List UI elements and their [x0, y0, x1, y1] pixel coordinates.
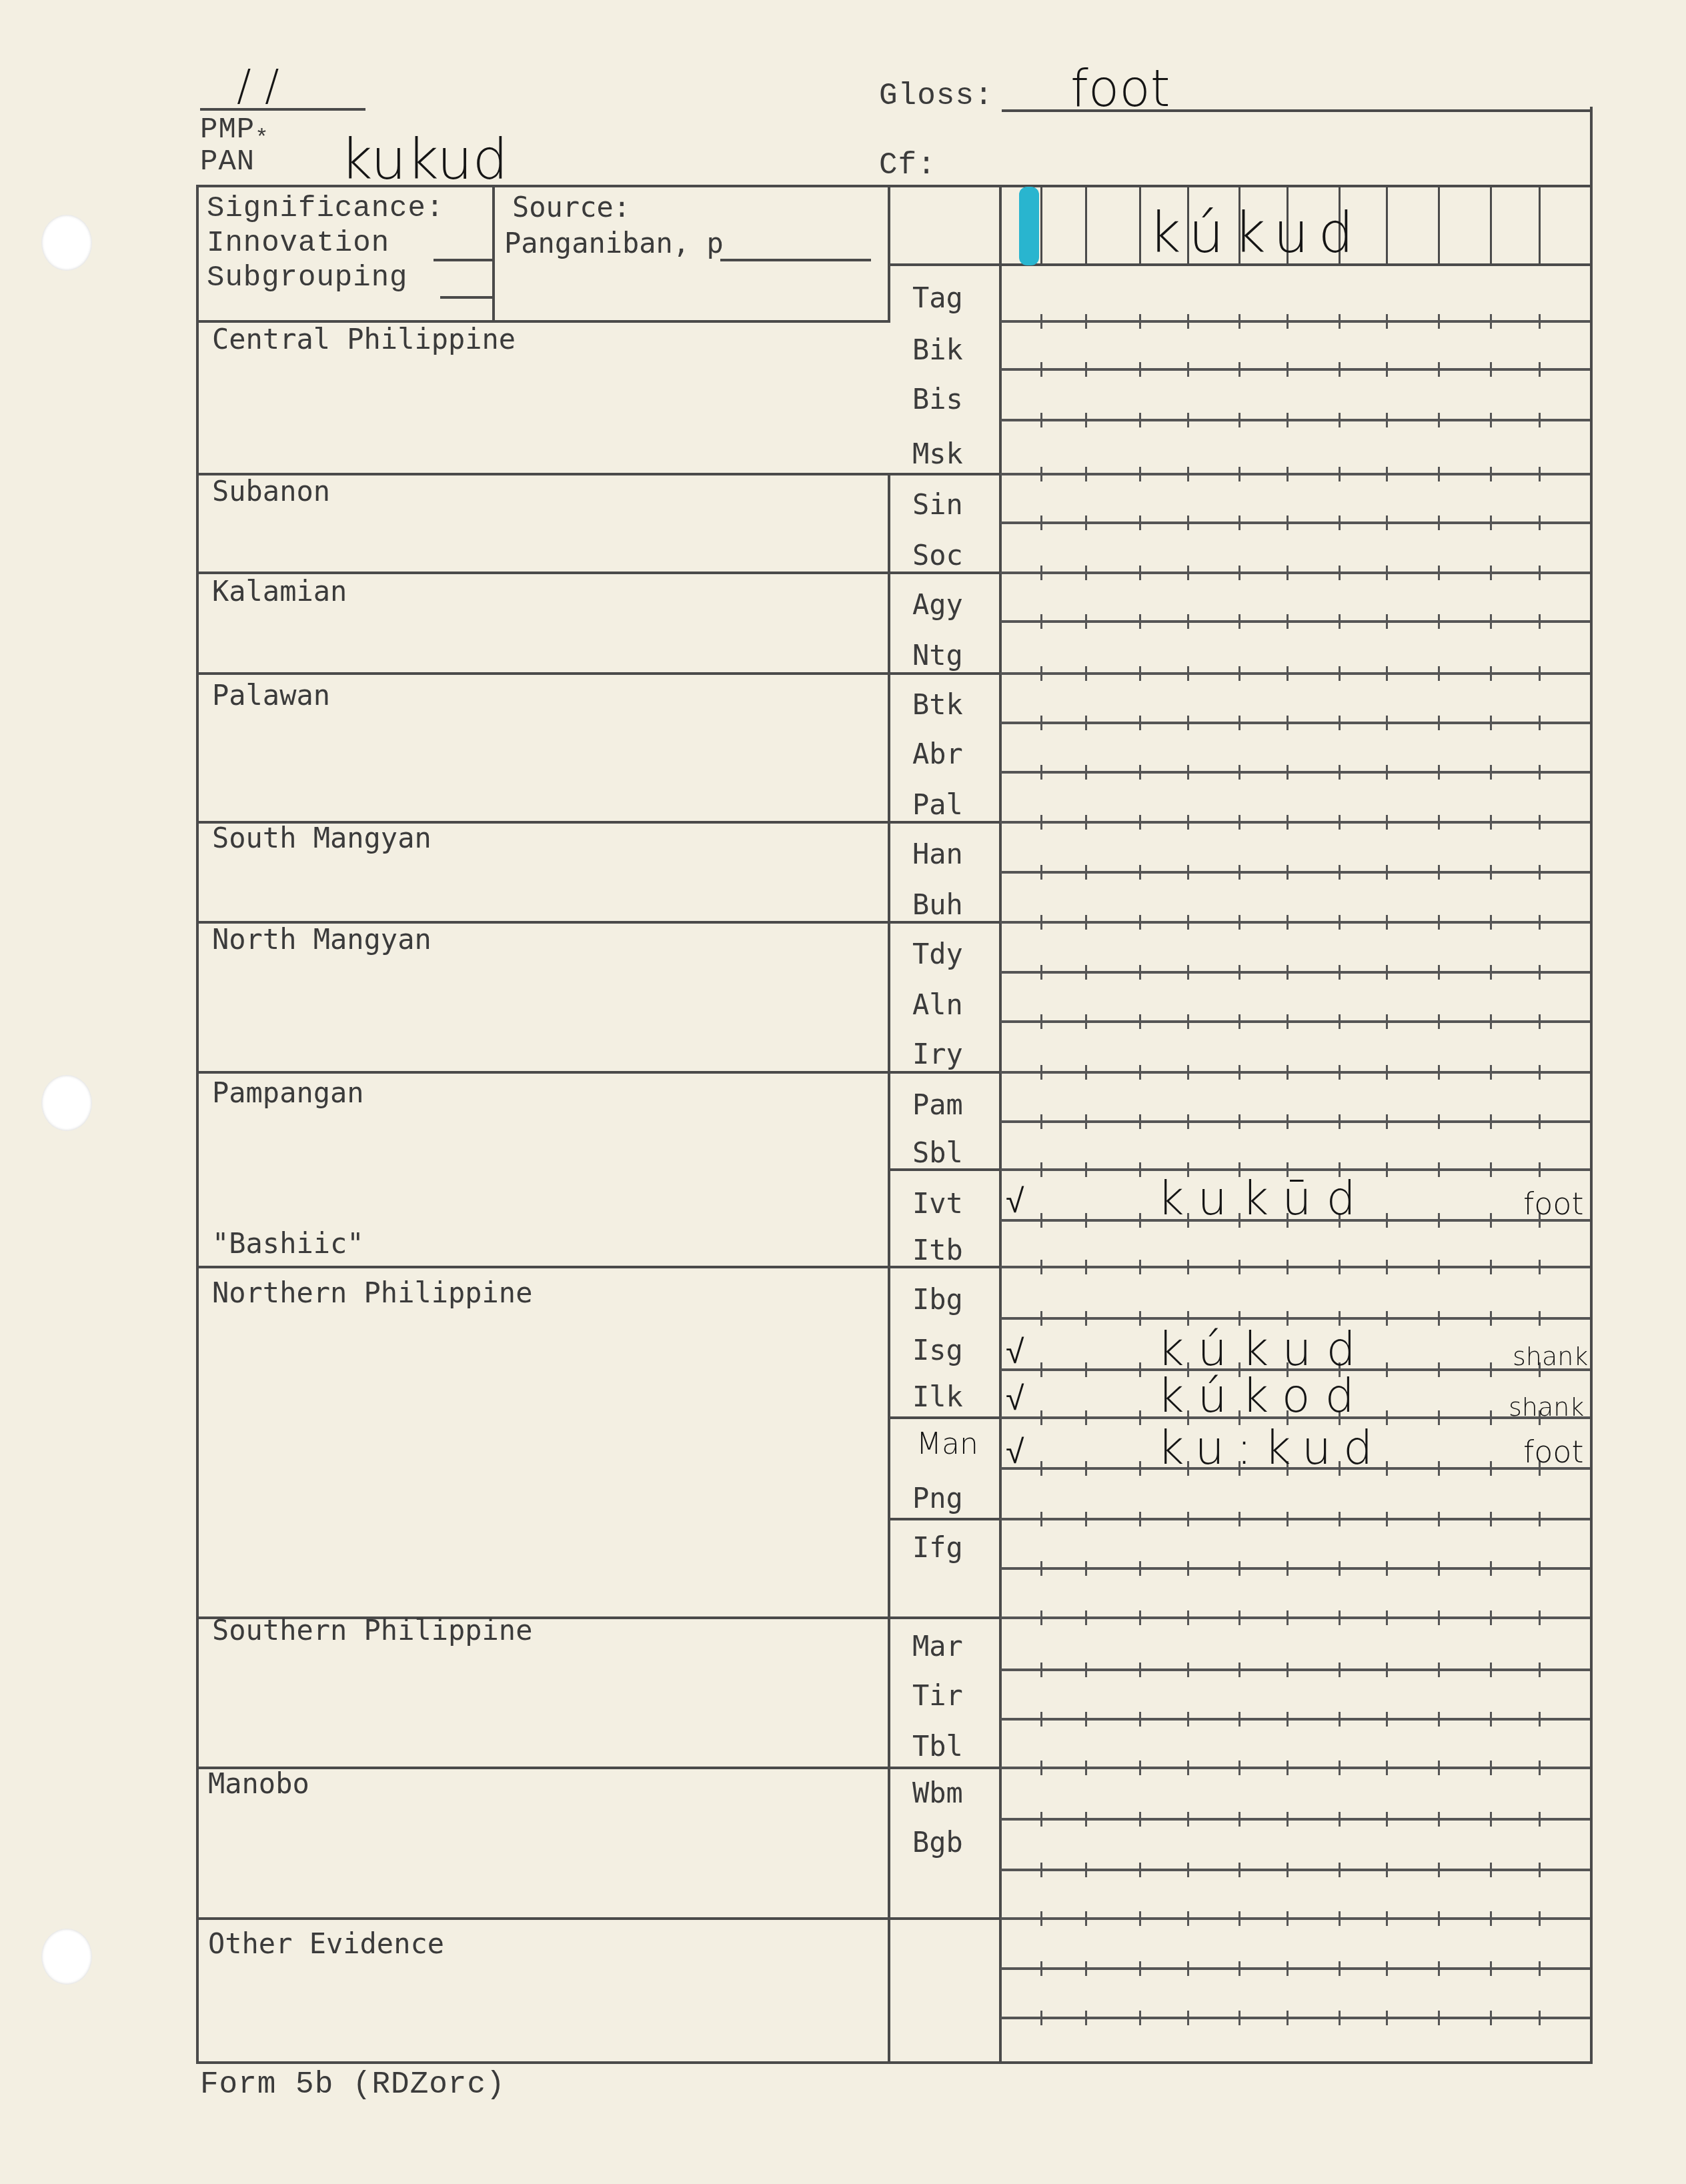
tick-mark	[1139, 1260, 1141, 1274]
code-itb: Itb	[912, 1234, 963, 1266]
tick-mark	[1386, 915, 1388, 930]
tick-mark	[1040, 566, 1042, 580]
tick-mark	[1187, 1911, 1189, 1926]
tick-mark	[1287, 1911, 1289, 1926]
tick-mark	[1490, 413, 1492, 427]
tick-mark	[1490, 1512, 1492, 1526]
code-bik: Bik	[912, 333, 963, 366]
ruled-line	[1000, 1266, 1590, 1268]
code-ivt: Ivt	[912, 1187, 963, 1220]
code-aln: Aln	[912, 988, 963, 1021]
cf-cell-divider	[1490, 185, 1492, 263]
tick-mark	[1438, 1162, 1440, 1177]
tick-mark	[1438, 1512, 1440, 1526]
tick-mark	[1490, 1663, 1492, 1677]
tick-mark	[1386, 965, 1388, 980]
tick-mark	[1040, 1114, 1042, 1129]
tick-mark	[1040, 1663, 1042, 1677]
entry-ilk-form: kúkod	[1157, 1368, 1369, 1423]
ruled-line	[1000, 771, 1590, 774]
ruled-line	[1000, 921, 1590, 924]
info-box-divider	[492, 185, 495, 321]
tick-mark	[1490, 1014, 1492, 1029]
tick-mark	[1040, 515, 1042, 530]
tick-mark	[1085, 1362, 1087, 1377]
tick-mark	[1386, 1461, 1388, 1476]
tick-mark	[1386, 765, 1388, 780]
pan-label: PAN	[200, 145, 255, 179]
code-column-right	[999, 185, 1002, 2063]
tick-mark	[1139, 1461, 1141, 1476]
tick-mark	[1085, 1014, 1087, 1029]
protoform: kukud	[340, 127, 508, 192]
tick-mark	[1339, 1911, 1341, 1926]
group-other-evidence: Other Evidence	[208, 1927, 444, 1960]
code-man: Man	[916, 1427, 978, 1461]
tick-mark	[1287, 1961, 1289, 1976]
group-south-mangyan: South Mangyan	[212, 822, 432, 854]
tick-mark	[1187, 566, 1189, 580]
tick-mark	[1085, 362, 1087, 377]
tick-mark	[1238, 1561, 1240, 1576]
group-divider-palawan	[196, 672, 1002, 675]
tick-mark	[1139, 1065, 1141, 1080]
tick-mark	[1386, 1260, 1388, 1274]
gloss-label: Gloss:	[879, 79, 994, 113]
right-border	[1590, 185, 1593, 2063]
tick-mark	[1287, 1114, 1289, 1129]
tick-mark	[1139, 1213, 1141, 1228]
tick-mark	[1085, 1911, 1087, 1926]
tick-mark	[1386, 1863, 1388, 1877]
tick-mark	[1040, 1014, 1042, 1029]
code-ibg: Ibg	[912, 1283, 963, 1316]
entry-ilk-check: √	[1006, 1379, 1024, 1418]
tick-mark	[1438, 666, 1440, 681]
cf-cell-divider	[1386, 185, 1388, 263]
tick-mark	[1539, 1014, 1541, 1029]
tick-mark	[1085, 765, 1087, 780]
group-divider-kalamian	[196, 572, 1002, 574]
ruled-line	[1000, 473, 1590, 475]
tick-mark	[1287, 314, 1289, 329]
tick-mark	[1539, 666, 1541, 681]
tick-mark	[1438, 1761, 1440, 1775]
ruled-line	[1000, 1567, 1590, 1570]
tick-mark	[1085, 1162, 1087, 1177]
tick-mark	[1139, 716, 1141, 730]
tick-mark	[1490, 765, 1492, 780]
tick-mark	[1490, 362, 1492, 377]
significance-label: Significance:	[207, 192, 444, 225]
subgrouping-label: Subgrouping	[207, 261, 407, 295]
tick-mark	[1040, 1162, 1042, 1177]
tick-mark	[1238, 965, 1240, 980]
code-tbl: Tbl	[912, 1730, 963, 1763]
tick-mark	[1085, 865, 1087, 880]
asterisk: *	[255, 126, 269, 151]
tick-mark	[1085, 1213, 1087, 1228]
tick-mark	[1238, 467, 1240, 481]
tick-mark	[1187, 716, 1189, 730]
code-ntg: Ntg	[912, 639, 963, 672]
tick-mark	[1438, 1961, 1440, 1976]
ruled-line	[1000, 419, 1590, 421]
tick-mark	[1490, 1561, 1492, 1576]
tick-mark	[1287, 716, 1289, 730]
source-value: Panganiban, p	[504, 227, 724, 259]
tick-mark	[1386, 1410, 1388, 1425]
tick-mark	[1187, 915, 1189, 930]
tick-mark	[1386, 1114, 1388, 1129]
ruled-line	[1000, 1317, 1590, 1320]
tick-mark	[1386, 1213, 1388, 1228]
tick-mark	[1187, 1812, 1189, 1827]
tick-mark	[1438, 413, 1440, 427]
tick-mark	[1339, 467, 1341, 481]
tick-mark	[1085, 915, 1087, 930]
tick-mark	[1490, 965, 1492, 980]
ruled-line	[1000, 1767, 1590, 1769]
code-tir: Tir	[912, 1679, 963, 1712]
ruled-line	[1000, 821, 1590, 824]
tick-mark	[1187, 1610, 1189, 1625]
tick-mark	[1238, 1863, 1240, 1877]
tick-mark	[1339, 1812, 1341, 1827]
tick-mark	[1339, 1961, 1341, 1976]
tick-mark	[1238, 1114, 1240, 1129]
innovation-blank[interactable]	[434, 259, 492, 261]
tick-mark	[1490, 1461, 1492, 1476]
tick-mark	[1139, 965, 1141, 980]
tick-mark	[1238, 1610, 1240, 1625]
tick-mark	[1040, 965, 1042, 980]
ruled-line	[1000, 572, 1590, 574]
tick-mark	[1438, 566, 1440, 580]
code-iry: Iry	[912, 1038, 963, 1070]
tick-mark	[1040, 1610, 1042, 1625]
tick-mark	[1187, 1065, 1189, 1080]
tick-mark	[1085, 965, 1087, 980]
code-han: Han	[912, 838, 963, 870]
tick-mark	[1040, 467, 1042, 481]
tick-mark	[1386, 1512, 1388, 1526]
tick-mark	[1287, 413, 1289, 427]
tick-mark	[1386, 1610, 1388, 1625]
subgrouping-blank[interactable]	[440, 296, 492, 299]
tick-mark	[1139, 1162, 1141, 1177]
tick-mark	[1287, 1812, 1289, 1827]
tick-mark	[1438, 865, 1440, 880]
cf-cell-divider	[1539, 185, 1541, 263]
tick-mark	[1339, 2011, 1341, 2025]
ruled-line	[1000, 722, 1590, 724]
tick-mark	[1386, 467, 1388, 481]
tick-mark	[1438, 515, 1440, 530]
tick-mark	[1187, 362, 1189, 377]
tick-mark	[1187, 1014, 1189, 1029]
code-msk: Msk	[912, 437, 963, 470]
tick-mark	[1339, 865, 1341, 880]
tick-mark	[1287, 614, 1289, 629]
tick-mark	[1139, 413, 1141, 427]
tick-mark	[1040, 815, 1042, 830]
source-label: Source:	[512, 191, 630, 223]
ruled-line	[1000, 1669, 1590, 1671]
code-sbl: Sbl	[912, 1136, 963, 1169]
code-tag: Tag	[912, 281, 963, 314]
tick-mark	[1438, 815, 1440, 830]
code-tdy: Tdy	[912, 938, 963, 970]
tick-mark	[1438, 1260, 1440, 1274]
tick-mark	[1539, 716, 1541, 730]
tick-mark	[1139, 1663, 1141, 1677]
tick-mark	[1139, 362, 1141, 377]
tick-mark	[1238, 614, 1240, 629]
tick-mark	[1187, 1863, 1189, 1877]
tick-mark	[1539, 1512, 1541, 1526]
code-ifg: Ifg	[912, 1531, 963, 1564]
tick-mark	[1085, 666, 1087, 681]
tick-mark	[1187, 2011, 1189, 2025]
tick-mark	[1187, 1712, 1189, 1727]
tick-mark	[1238, 1260, 1240, 1274]
tick-mark	[1040, 765, 1042, 780]
tick-mark	[1438, 1863, 1440, 1877]
tick-mark	[1386, 1311, 1388, 1326]
tick-mark	[1187, 1961, 1189, 1976]
tick-mark	[1490, 467, 1492, 481]
code-soc: Soc	[912, 539, 963, 572]
tick-mark	[1490, 1610, 1492, 1625]
group-divider-other-evidence	[196, 1917, 1002, 1920]
group-northern-philippine: Northern Philippine	[212, 1276, 532, 1309]
tick-mark	[1539, 1260, 1541, 1274]
tick-mark	[1438, 1610, 1440, 1625]
tick-mark	[1040, 1065, 1042, 1080]
tick-mark	[1139, 915, 1141, 930]
tick-mark	[1040, 1911, 1042, 1926]
code-isg: Isg	[912, 1334, 963, 1366]
tick-mark	[1040, 716, 1042, 730]
tick-mark	[1040, 1260, 1042, 1274]
tick-mark	[1490, 815, 1492, 830]
tick-mark	[1539, 1911, 1541, 1926]
tick-mark	[1287, 1712, 1289, 1727]
tick-mark	[1040, 1961, 1042, 1976]
tick-mark	[1539, 765, 1541, 780]
tick-mark	[1539, 614, 1541, 629]
tick-mark	[1085, 1663, 1087, 1677]
tick-mark	[1490, 1961, 1492, 1976]
tick-mark	[1386, 1065, 1388, 1080]
tick-mark	[1539, 1561, 1541, 1576]
tick-mark	[1339, 362, 1341, 377]
cf-cell-divider	[1040, 185, 1042, 263]
tick-mark	[1438, 314, 1440, 329]
tick-mark	[1438, 915, 1440, 930]
tick-mark	[1287, 1014, 1289, 1029]
ruled-line	[1000, 320, 1590, 323]
code-buh: Buh	[912, 888, 963, 921]
tick-mark	[1040, 362, 1042, 377]
tick-mark	[1085, 1712, 1087, 1727]
tick-mark	[1238, 413, 1240, 427]
ruled-line	[1000, 1818, 1590, 1821]
tick-mark	[1238, 1961, 1240, 1976]
tick-mark	[1040, 1761, 1042, 1775]
tick-mark	[1539, 1311, 1541, 1326]
source-page-blank[interactable]	[720, 259, 871, 261]
cf-highlight-mark	[1019, 187, 1039, 265]
tick-mark	[1085, 314, 1087, 329]
tick-mark	[1339, 1561, 1341, 1576]
tick-mark	[1490, 1410, 1492, 1425]
tick-mark	[1040, 1213, 1042, 1228]
tick-mark	[1139, 1114, 1141, 1129]
code-png: Png	[912, 1482, 963, 1514]
tick-mark	[1539, 1065, 1541, 1080]
group-pampangan: Pampangan	[212, 1076, 364, 1109]
tick-mark	[1187, 515, 1189, 530]
gloss-line	[1002, 109, 1593, 112]
tick-mark	[1339, 1065, 1341, 1080]
ruled-line	[1000, 971, 1590, 974]
code-pam: Pam	[912, 1088, 963, 1121]
form-bottom-border	[196, 2061, 1593, 2064]
group-divider-manobo	[196, 1767, 1002, 1769]
code-sin: Sin	[912, 488, 963, 521]
tick-mark	[1386, 666, 1388, 681]
group-palawan: Palawan	[212, 679, 330, 712]
tick-mark	[1085, 1461, 1087, 1476]
tick-mark	[1139, 1961, 1141, 1976]
tick-mark	[1085, 1561, 1087, 1576]
tick-mark	[1085, 1311, 1087, 1326]
tick-mark	[1287, 666, 1289, 681]
tick-mark	[1238, 716, 1240, 730]
group-divider-ifg	[888, 1518, 1002, 1520]
tick-mark	[1287, 566, 1289, 580]
tick-mark	[1339, 1663, 1341, 1677]
ruled-line	[1000, 672, 1590, 675]
tick-mark	[1287, 815, 1289, 830]
tick-mark	[1490, 1065, 1492, 1080]
tick-mark	[1339, 515, 1341, 530]
tick-mark	[1040, 666, 1042, 681]
ruled-line	[1000, 1071, 1590, 1074]
tick-mark	[1040, 1362, 1042, 1377]
tick-mark	[1386, 362, 1388, 377]
slash-marks: / /	[237, 61, 279, 111]
code-abr: Abr	[912, 738, 963, 770]
tick-mark	[1490, 1311, 1492, 1326]
tick-mark	[1438, 467, 1440, 481]
tick-mark	[1386, 865, 1388, 880]
tick-mark	[1238, 1663, 1240, 1677]
code-pal: Pal	[912, 788, 963, 821]
entry-isg-gloss: shank	[1513, 1342, 1588, 1371]
code-btk: Btk	[912, 688, 963, 721]
tick-mark	[1386, 413, 1388, 427]
tick-mark	[1539, 362, 1541, 377]
tick-mark	[1085, 515, 1087, 530]
tick-mark	[1139, 815, 1141, 830]
tick-mark	[1539, 1663, 1541, 1677]
tick-mark	[1187, 765, 1189, 780]
tick-mark	[1238, 1761, 1240, 1775]
tick-mark	[1438, 765, 1440, 780]
ruled-line	[1000, 1967, 1590, 1970]
tick-mark	[1339, 1512, 1341, 1526]
tick-mark	[1040, 1561, 1042, 1576]
tick-mark	[1386, 1961, 1388, 1976]
entry-ivt-form: kukūd	[1157, 1171, 1371, 1226]
tick-mark	[1339, 314, 1341, 329]
tick-mark	[1339, 413, 1341, 427]
tick-mark	[1438, 1014, 1440, 1029]
tick-mark	[1490, 1761, 1492, 1775]
tick-mark	[1339, 1114, 1341, 1129]
tick-mark	[1085, 413, 1087, 427]
tick-mark	[1339, 1712, 1341, 1727]
tick-mark	[1438, 1362, 1440, 1377]
tick-mark	[1287, 467, 1289, 481]
tick-mark	[1438, 965, 1440, 980]
tick-mark	[1438, 1410, 1440, 1425]
tick-mark	[1490, 915, 1492, 930]
tick-mark	[1386, 716, 1388, 730]
info-box-top	[196, 185, 1593, 187]
tick-mark	[1438, 1712, 1440, 1727]
tick-mark	[1386, 614, 1388, 629]
tick-mark	[1287, 362, 1289, 377]
tick-mark	[1085, 467, 1087, 481]
tick-mark	[1085, 1512, 1087, 1526]
tick-mark	[1085, 1065, 1087, 1080]
tick-mark	[1187, 1260, 1189, 1274]
tick-mark	[1085, 2011, 1087, 2025]
cf-cell-divider	[1139, 185, 1141, 263]
group-southern-philippine: Southern Philippine	[212, 1614, 532, 1647]
tick-mark	[1187, 1512, 1189, 1526]
ruled-line	[1000, 1917, 1590, 1920]
pmp-text: PMP	[200, 113, 255, 147]
tick-mark	[1287, 1561, 1289, 1576]
tick-mark	[1287, 865, 1289, 880]
tick-mark	[1139, 1362, 1141, 1377]
tick-mark	[1386, 1561, 1388, 1576]
tick-mark	[1339, 614, 1341, 629]
tick-mark	[1187, 1761, 1189, 1775]
tick-mark	[1438, 1911, 1440, 1926]
tick-mark	[1386, 1812, 1388, 1827]
tick-mark	[1040, 915, 1042, 930]
tick-mark	[1139, 314, 1141, 329]
punch-hole-middle	[41, 1075, 92, 1131]
innovation-label: Innovation	[207, 227, 389, 260]
tick-mark	[1539, 1162, 1541, 1177]
tick-mark	[1287, 1663, 1289, 1677]
tick-mark	[1187, 467, 1189, 481]
tick-mark	[1139, 865, 1141, 880]
group-divider-man	[888, 1416, 1002, 1419]
tick-mark	[1339, 716, 1341, 730]
tick-mark	[1187, 865, 1189, 880]
ruled-line	[1000, 1120, 1590, 1123]
tick-mark	[1187, 666, 1189, 681]
tick-mark	[1438, 1812, 1440, 1827]
